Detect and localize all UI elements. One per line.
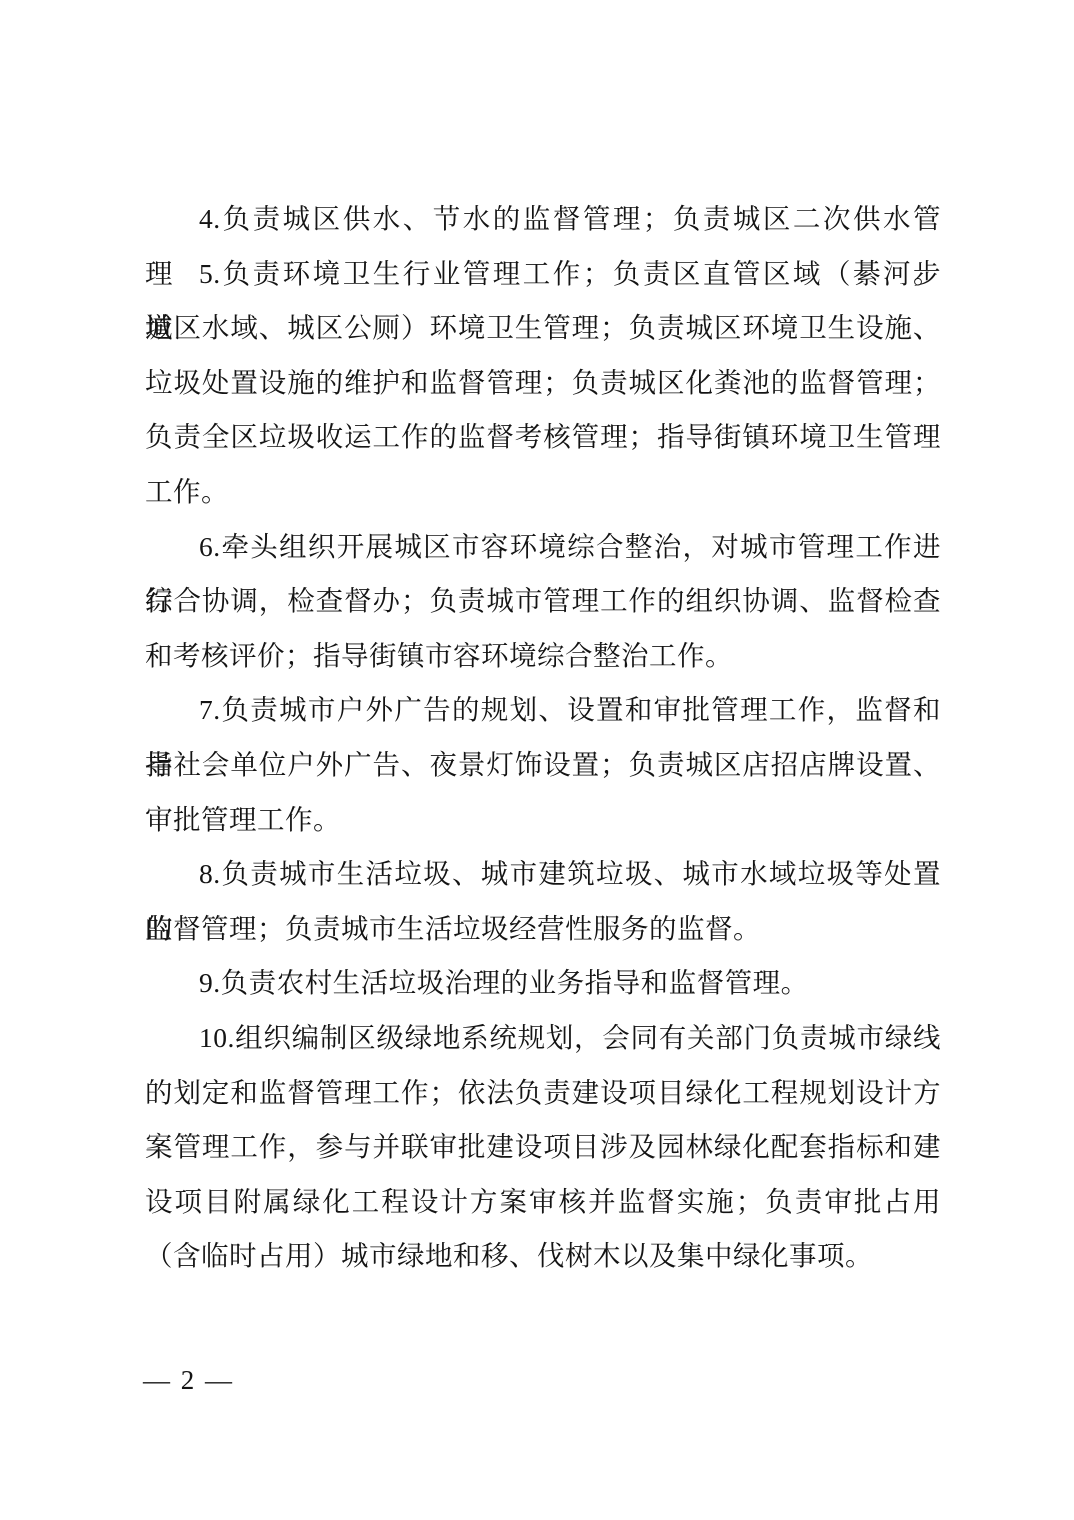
text-line: 7.负责城市户外广告的规划、设置和审批管理工作，监督和指 <box>145 683 941 738</box>
text-line: 垃圾处置设施的维护和监督管理；负责城区化粪池的监督管理； <box>145 356 941 411</box>
document-page: 4.负责城区供水、节水的监督管理；负责城区二次供水管理。5.负责环境卫生行业管理… <box>0 0 1074 1520</box>
document-body: 4.负责城区供水、节水的监督管理；负责城区二次供水管理。5.负责环境卫生行业管理… <box>145 192 941 1284</box>
text-line: 5.负责环境卫生行业管理工作；负责区直管区域（綦河步道、 <box>145 247 941 302</box>
text-line: 负责全区垃圾收运工作的监督考核管理；指导街镇环境卫生管理 <box>145 410 941 465</box>
text-line: 工作。 <box>145 465 941 520</box>
text-line: 案管理工作，参与并联审批建设项目涉及园林绿化配套指标和建 <box>145 1120 941 1175</box>
page-number: — 2 — <box>143 1365 234 1395</box>
text-line: 10.组织编制区级绿地系统规划，会同有关部门负责城市绿线 <box>145 1011 941 1066</box>
text-line: 和考核评价；指导街镇市容环境综合整治工作。 <box>145 629 941 684</box>
text-line: 8.负责城市生活垃圾、城市建筑垃圾、城市水域垃圾等处置的 <box>145 847 941 902</box>
text-line: 监督管理；负责城市生活垃圾经营性服务的监督。 <box>145 902 941 957</box>
page-footer: — 2 — <box>143 1363 234 1397</box>
text-line: （含临时占用）城市绿地和移、伐树木以及集中绿化事项。 <box>145 1229 941 1284</box>
text-line: 4.负责城区供水、节水的监督管理；负责城区二次供水管理。 <box>145 192 941 247</box>
text-line: 综合协调，检查督办；负责城市管理工作的组织协调、监督检查 <box>145 574 941 629</box>
text-line: 审批管理工作。 <box>145 793 941 848</box>
text-line: 导社会单位户外广告、夜景灯饰设置；负责城区店招店牌设置、 <box>145 738 941 793</box>
text-line: 的划定和监督管理工作；依法负责建设项目绿化工程规划设计方 <box>145 1066 941 1121</box>
text-line: 设项目附属绿化工程设计方案审核并监督实施；负责审批占用 <box>145 1175 941 1230</box>
text-line: 6.牵头组织开展城区市容环境综合整治，对城市管理工作进行 <box>145 520 941 575</box>
text-line: 城区水域、城区公厕）环境卫生管理；负责城区环境卫生设施、 <box>145 301 941 356</box>
text-line: 9.负责农村生活垃圾治理的业务指导和监督管理。 <box>145 956 941 1011</box>
